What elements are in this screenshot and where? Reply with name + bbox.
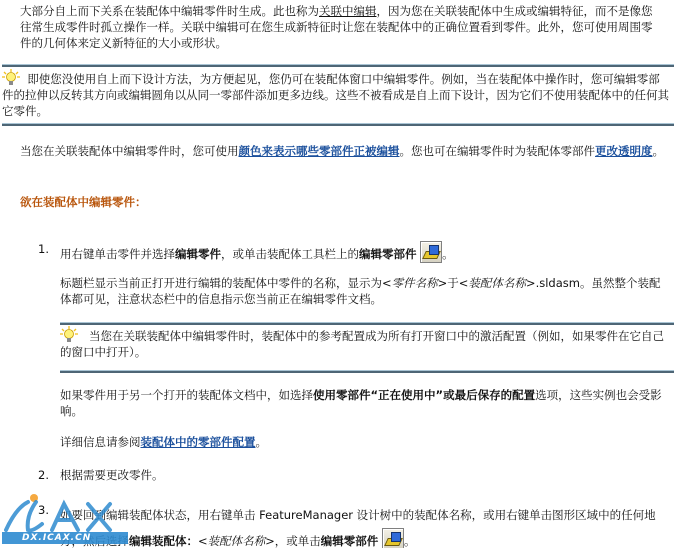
other-assembly-paragraph: 如果零件用于另一个打开的装配体文档中，如选择使用零部件“正在使用中”或最后保存的…: [60, 387, 670, 419]
contextual-editing-link[interactable]: 关联中编辑: [319, 4, 377, 18]
watermark-url: DX.ICAX.CN: [22, 532, 91, 544]
titlebar-info-paragraph: 标题栏显示当前正打开进行编辑的装配体中零件的名称，显示为<零件名称>于<装配体名…: [60, 275, 665, 307]
color-transparency-paragraph: 当您在关联装配体中编辑零件时，您可使用颜色来表示哪些零部件正被编辑。您也可在编辑…: [20, 143, 670, 159]
step-1-text: 用右键单击零件并选择编辑零件，或单击装配体工具栏上的编辑零部件 。: [60, 241, 660, 263]
procedure-heading: 欲在装配体中编辑零件：: [20, 194, 147, 210]
tip-2-bottom-divider: [60, 370, 674, 373]
change-transparency-link[interactable]: 更改透明度: [595, 144, 653, 158]
edit-assembly-command: 编辑装配体：: [129, 534, 198, 548]
use-component-config-option: 使用零部件“正在使用中”或最后保存的配置: [313, 388, 535, 402]
icax-watermark: DX.ICAX.CN: [2, 492, 132, 546]
step-1-number: 1.: [38, 241, 49, 257]
intro-paragraph: 大部分自上而下关系在装配体中编辑零件时生成。此也称为关联中编辑，因为您在关联装配…: [20, 3, 660, 51]
edit-component-icon[interactable]: [382, 528, 404, 548]
see-also-paragraph: 详细信息请参阅装配体中的零部件配置。: [60, 434, 660, 450]
step-2-text: 根据需要更改零件。: [60, 467, 164, 483]
step-3-text: 如要回到编辑装配体状态，用右键单击 FeatureManager 设计树中的装配…: [60, 502, 670, 548]
tip-note: 即使您没使用自上而下设计方法，为方便起见，您仍可在装配体窗口中编辑零件。例如，当…: [2, 69, 670, 119]
edit-component-command: 编辑零部件: [359, 247, 417, 261]
component-color-link[interactable]: 颜色来表示哪些零部件正被编辑: [239, 144, 400, 158]
tip-top-divider: [2, 64, 674, 67]
lightbulb-icon: [2, 69, 20, 87]
component-config-link[interactable]: 装配体中的零部件配置: [141, 435, 256, 449]
edit-component-icon[interactable]: [420, 241, 442, 263]
edit-part-command: 编辑零件: [175, 247, 221, 261]
tip-note-2: 当您在关联装配体中编辑零件时，装配体中的参考配置成为所有打开窗口中的激活配置（例…: [60, 326, 672, 360]
tip-bottom-divider: [2, 123, 674, 126]
step-2-number: 2.: [38, 467, 49, 483]
lightbulb-icon: [60, 326, 78, 344]
edit-component-command-2: 编辑零部件: [321, 534, 379, 548]
tip-2-top-divider: [60, 322, 674, 325]
